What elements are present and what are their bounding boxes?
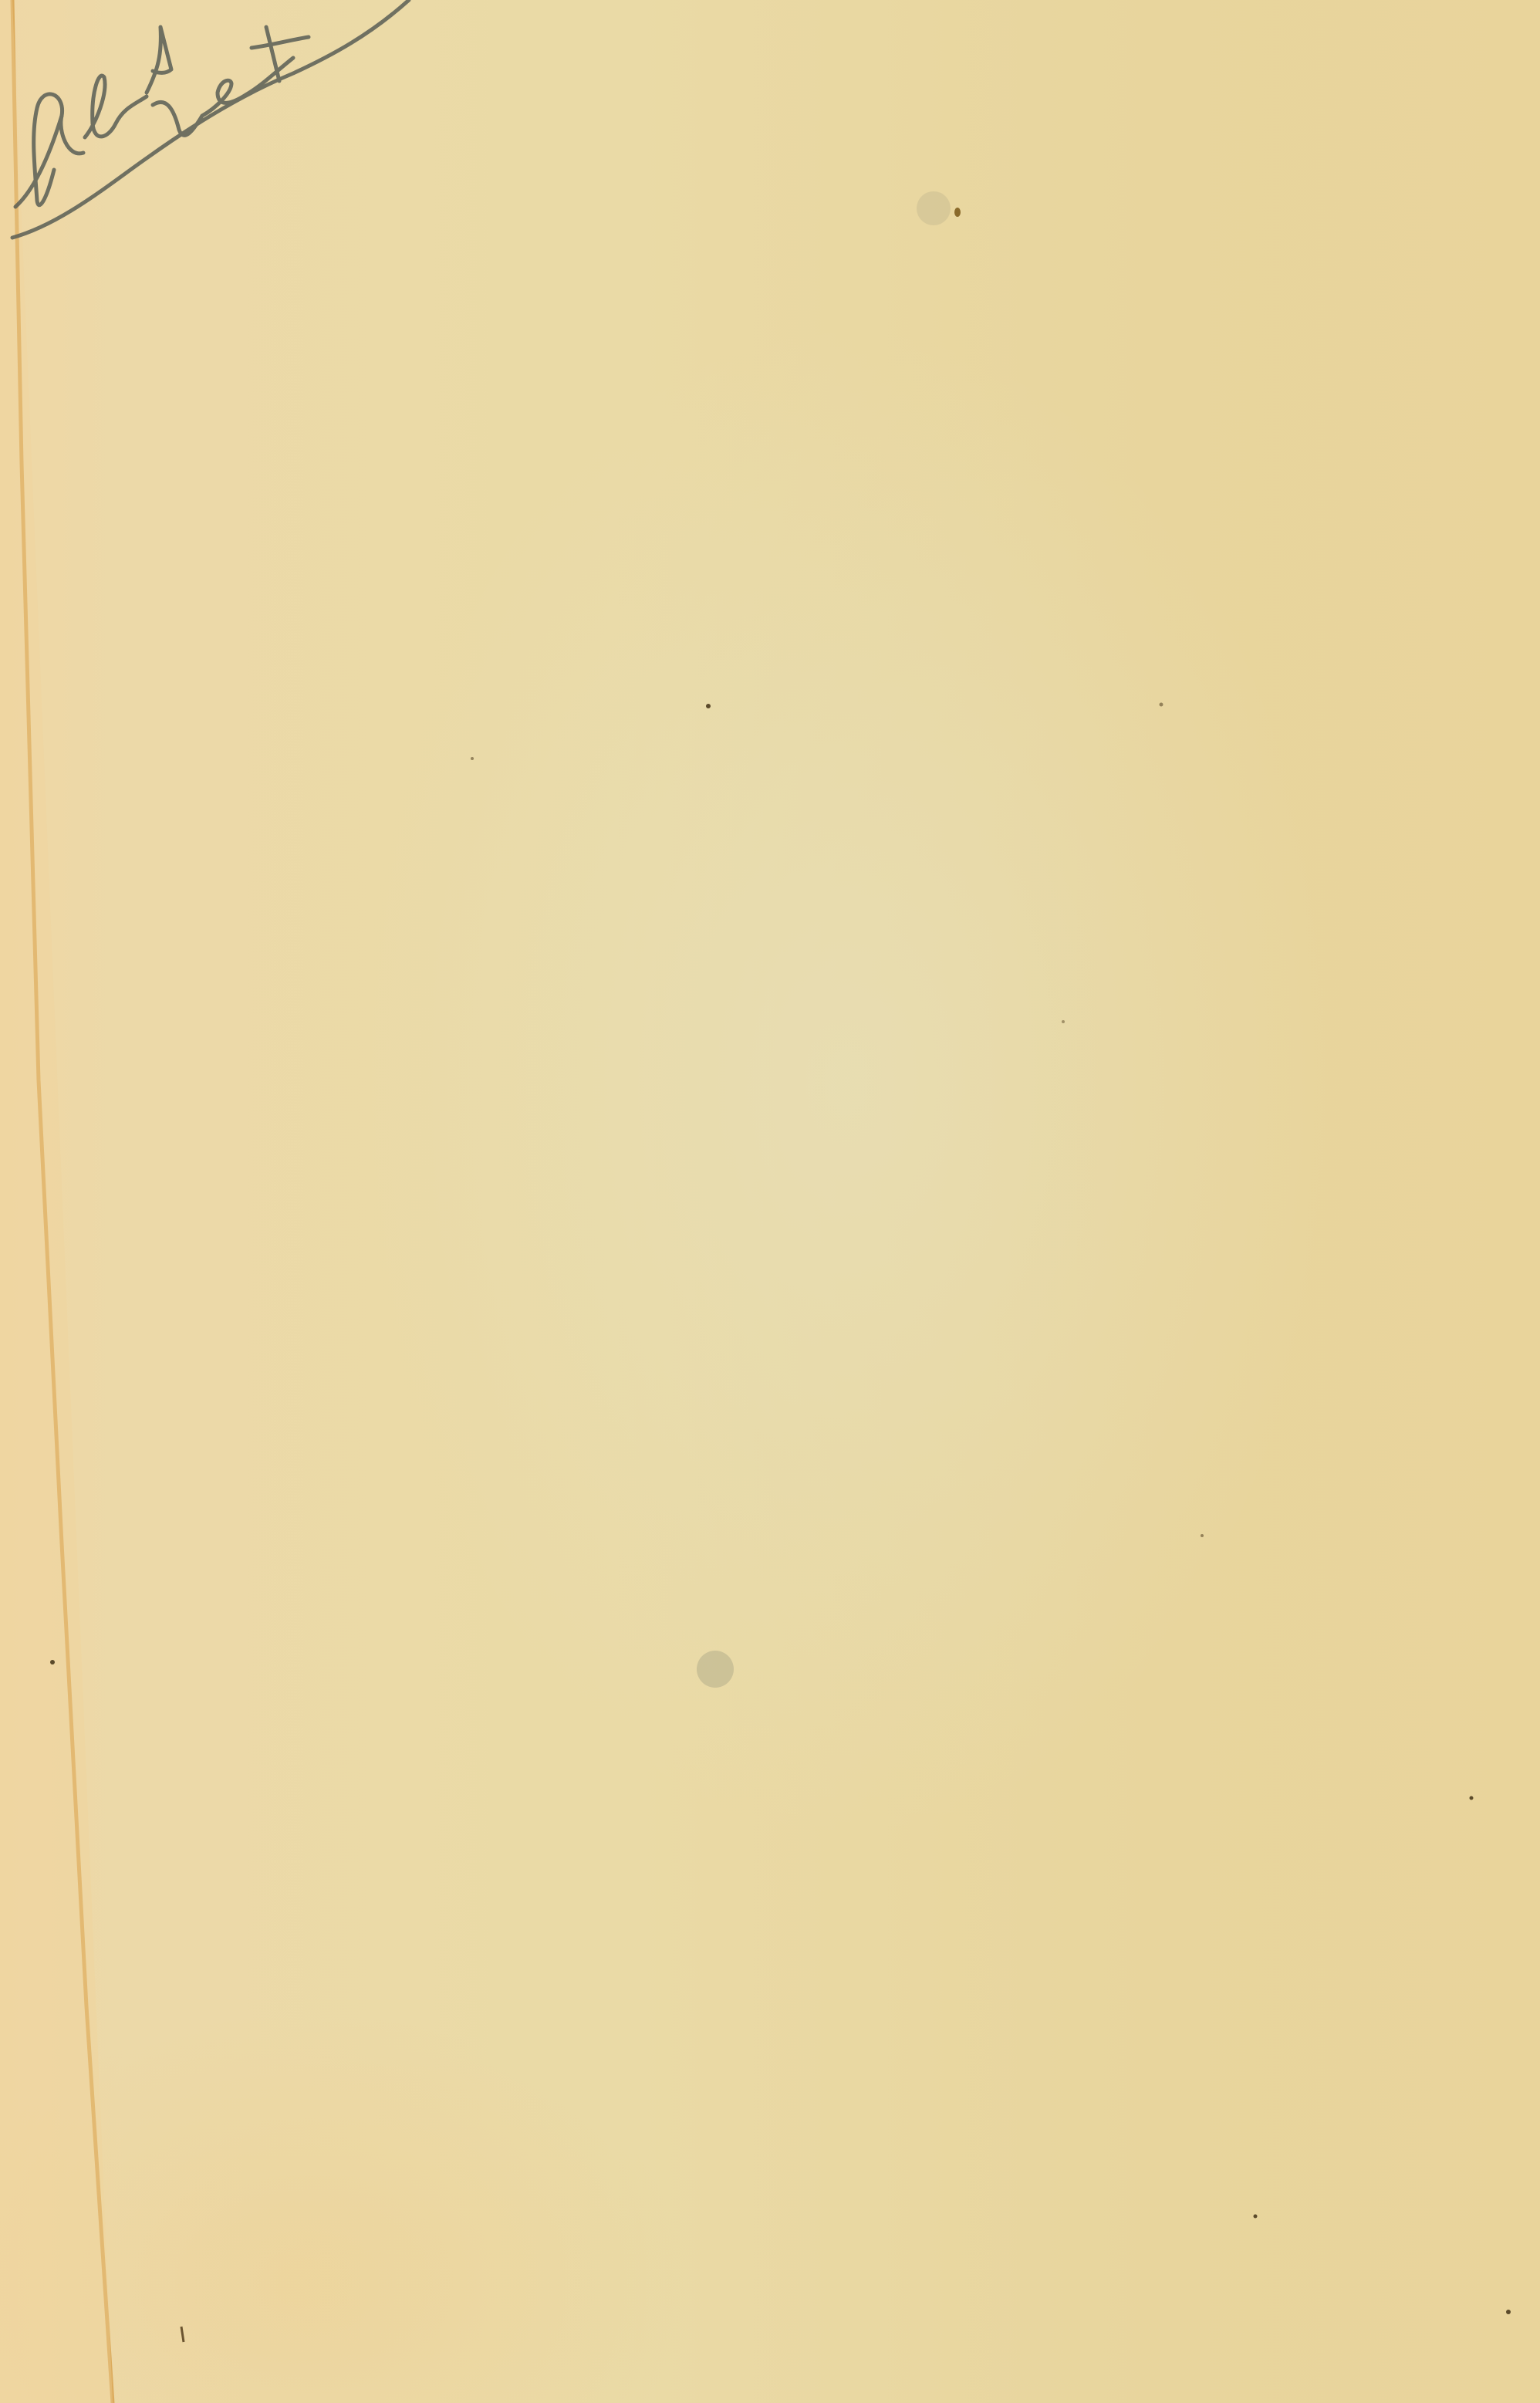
book-page: $05 net [0, 0, 1540, 2403]
smudge [917, 191, 951, 225]
paper-specks [50, 208, 1511, 2342]
smudge [697, 1651, 734, 1688]
paper-texture [0, 0, 1540, 2403]
pencil-price-note [12, 0, 409, 238]
